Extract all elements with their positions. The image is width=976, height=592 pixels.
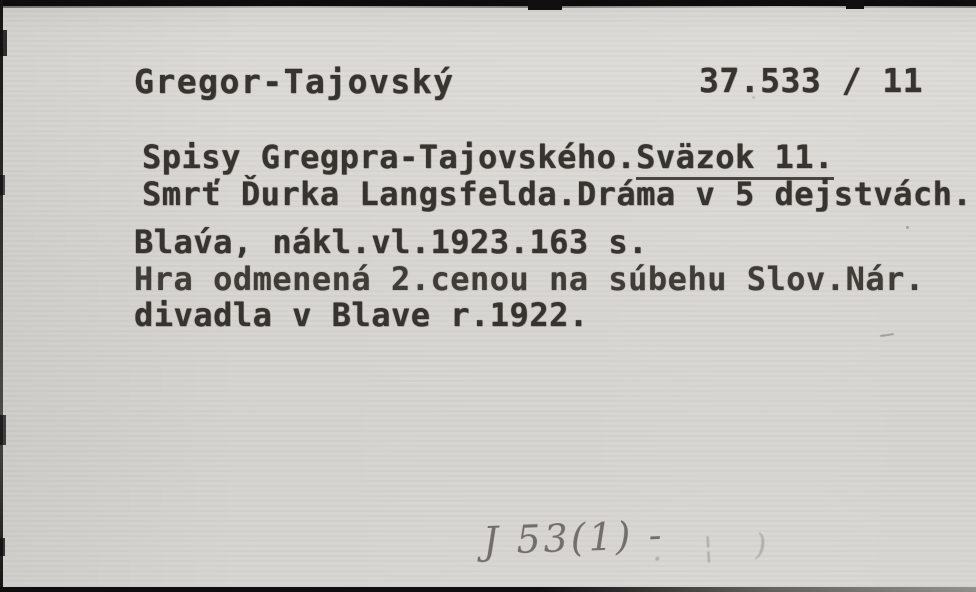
scan-edge-notch: [0, 30, 7, 56]
scan-edge-notch: [846, 0, 864, 9]
series-title: Spisy Gregpra-Tajovského.: [142, 138, 636, 176]
card-heading-author: Gregor-Tajovský: [134, 62, 455, 101]
title-line-series: Spisy Gregpra-Tajovského.Sväzok 11.: [142, 138, 834, 176]
title-line-work: Smrť Ďurka Langsfelda.Dráma v 5 dejstvác…: [142, 175, 972, 213]
imprint-line: Blav́a, nákl.vl.1923.163 s.: [134, 223, 648, 261]
handwritten-faint-marks: . ¦ ): [651, 527, 783, 569]
note-line-1: Hra odmenená 2.cenou na súbehu Slov.Nár.: [134, 260, 925, 298]
call-number: 37.533 / 11: [699, 61, 923, 100]
scan-edge-notch: [0, 175, 5, 195]
scan-edge-left: [0, 0, 3, 592]
scan-edge-notch: [528, 0, 562, 10]
scan-edge-bottom: [0, 587, 976, 592]
scan-edge-notch: [0, 538, 5, 556]
note-line-2: divadla v Blave r.1922.: [134, 296, 589, 334]
series-volume-underlined: Sväzok 11.: [636, 138, 834, 180]
scan-edge-notch: [0, 415, 6, 445]
ink-speck: [752, 96, 755, 99]
pencil-speck: [880, 333, 894, 337]
catalog-card-scan: Gregor-Tajovský 37.533 / 11 Spisy Gregpr…: [0, 0, 976, 592]
pencil-speck: [906, 226, 909, 229]
scan-edge-top: [0, 0, 976, 6]
handwritten-shelfmark: J 53(1) -: [482, 513, 665, 563]
